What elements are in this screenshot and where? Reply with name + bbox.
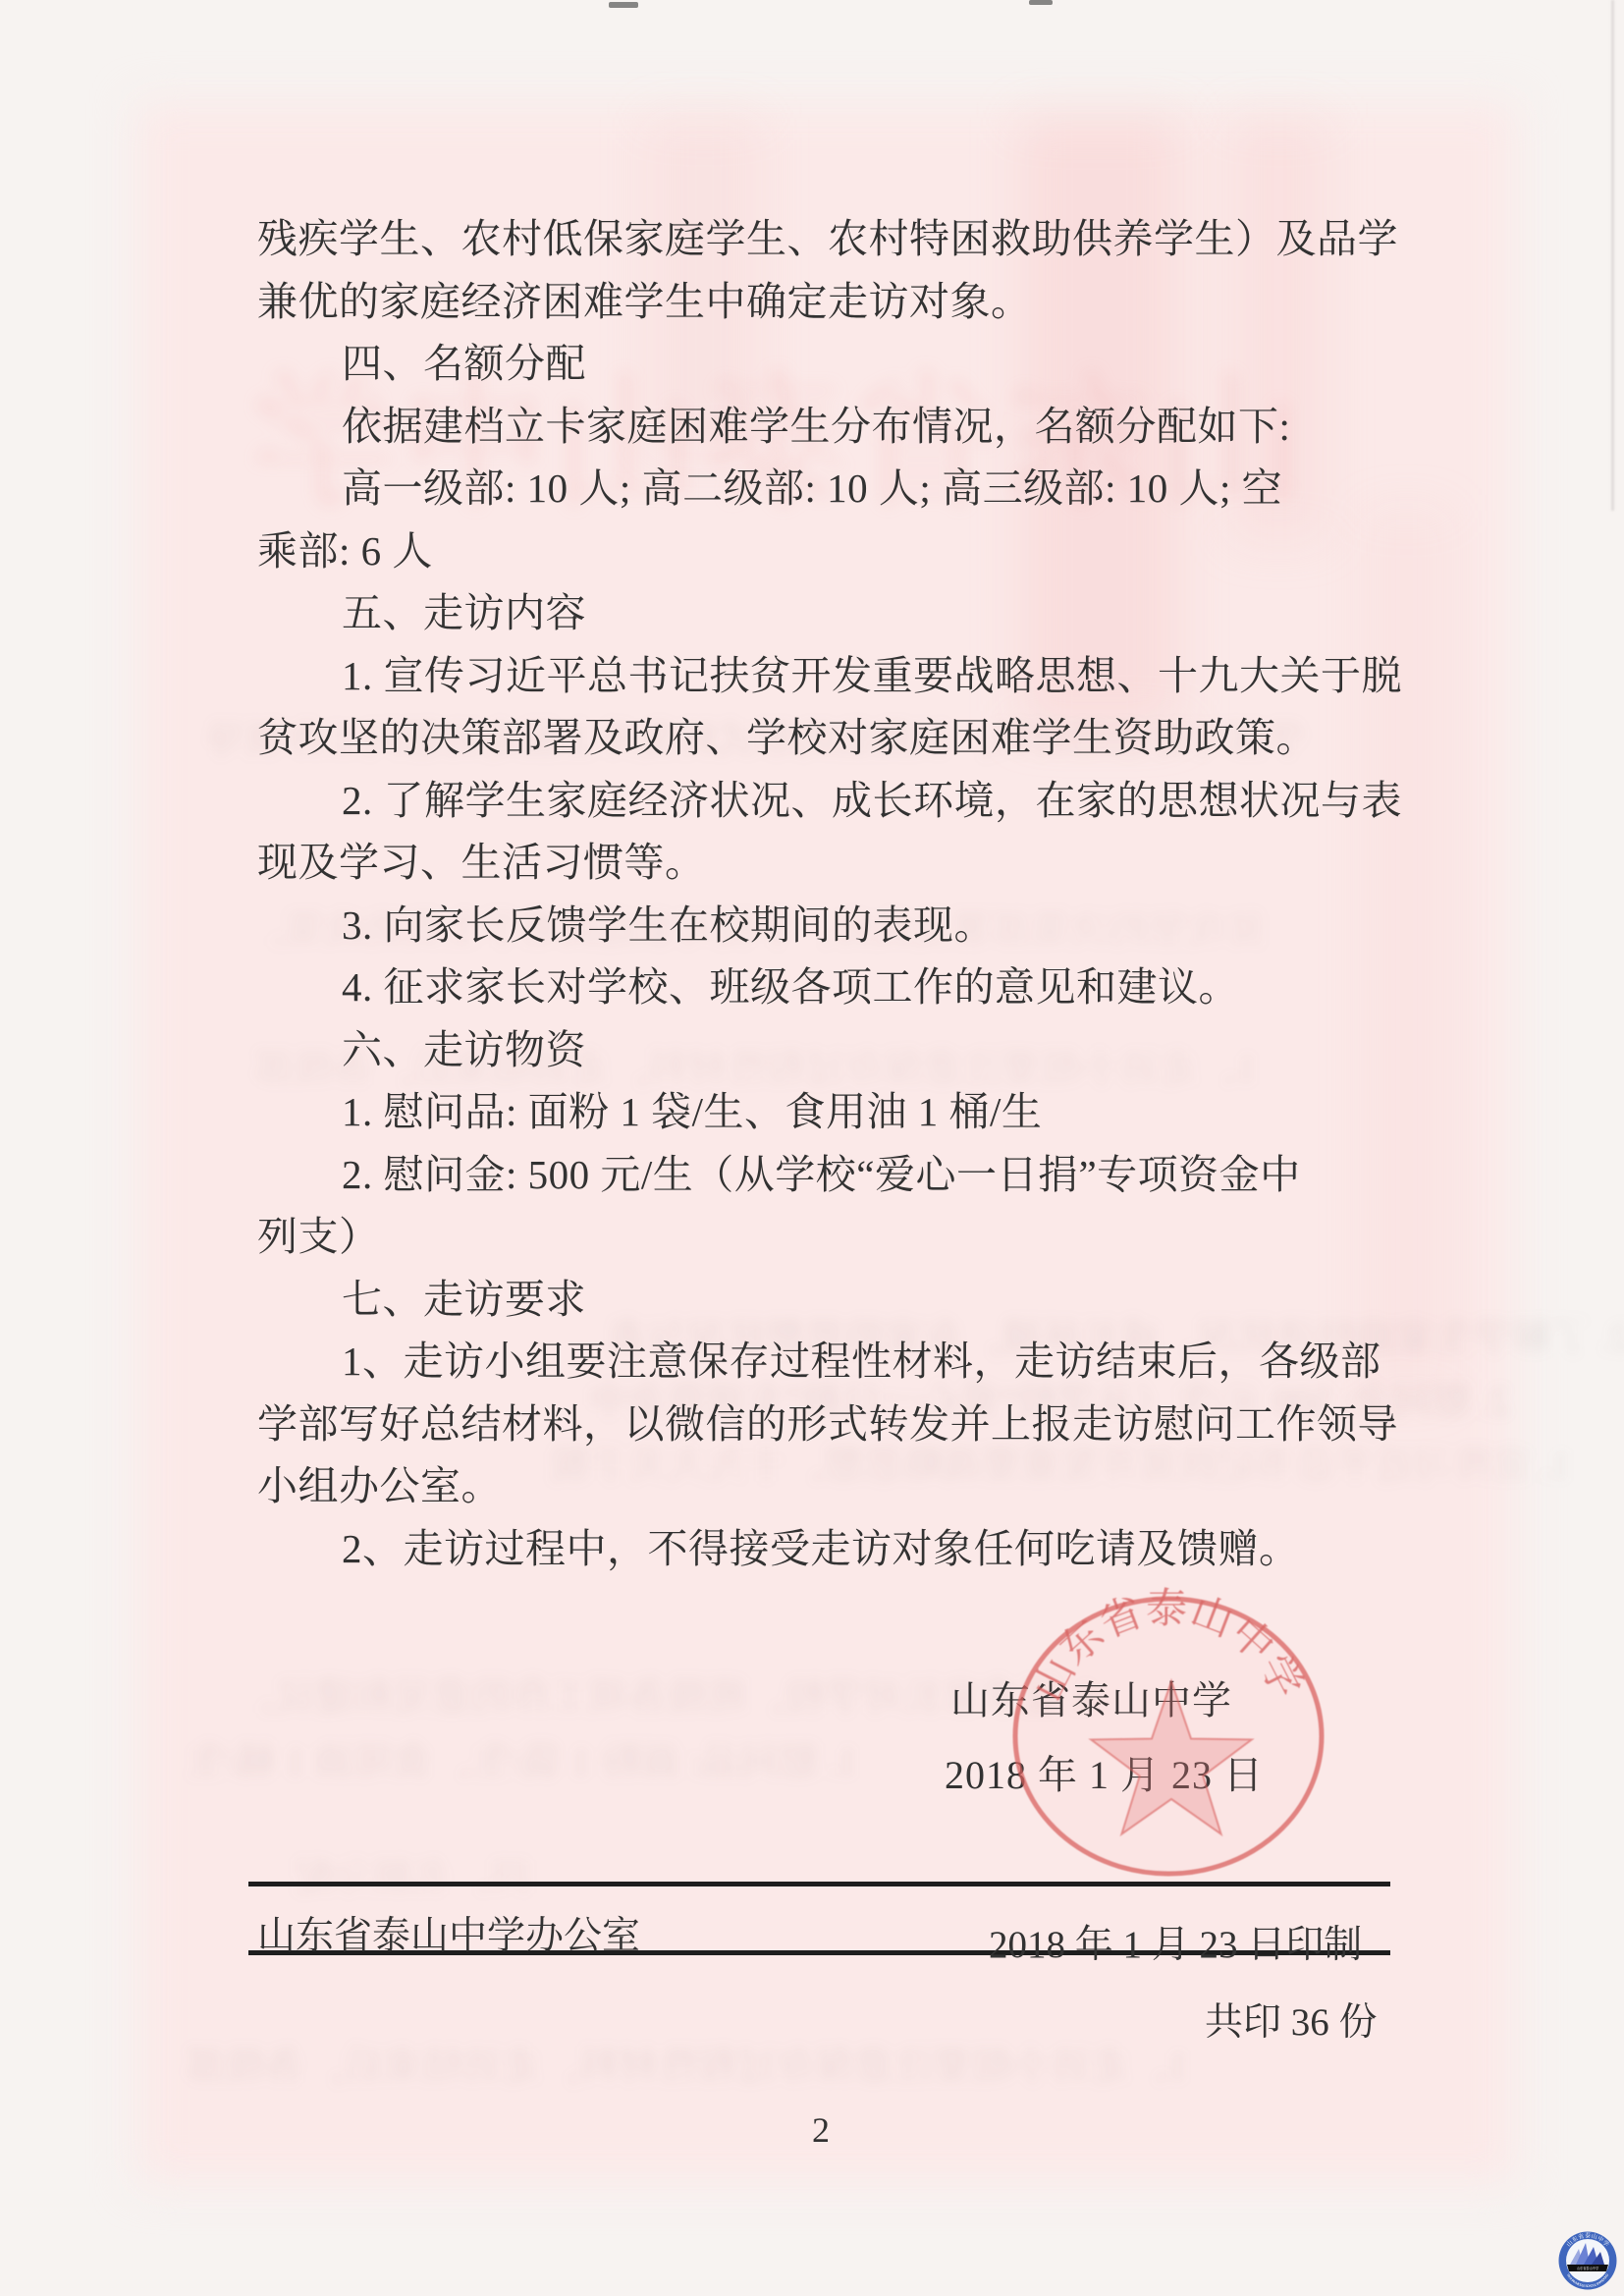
body-line: 2. 了解学生家庭经济状况、成长环境，在家的思想状况与表 [257,770,1401,833]
official-red-seal: 山东省泰山中学 [982,1563,1355,1917]
body-line-section-heading: 四、名额分配 [257,333,1401,396]
body-line: 学部写好总结材料，以微信的形式转发并上报走访慰问工作领导 [257,1394,1401,1456]
body-line: 兼优的家庭经济困难学生中确定走访对象。 [257,271,1401,334]
logo-base-text: 山东省泰山中学 [1577,2266,1599,2270]
body-line: 列支） [257,1206,1401,1269]
body-line-section-heading: 七、走访要求 [257,1269,1401,1332]
footer-rule-top [248,1882,1390,1886]
body-line: 4. 征求家长对学校、班级各项工作的意见和建议。 [257,957,1401,1019]
scanned-document-page: 山东省泰山中学 学部写好总结材料，以微信的形式转发并上报走访慰问工作领导 贫攻坚… [0,0,1624,2296]
scan-speck [609,2,638,8]
body-line: 1. 宣传习近平总书记扶贫开发重要战略思想、十九大关于脱 [257,645,1401,708]
body-line: 高一级部: 10 人; 高二级部: 10 人; 高三级部: 10 人; 空 [257,458,1401,520]
body-line: 小组办公室。 [257,1455,1401,1518]
body-line: 1. 慰问品: 面粉 1 袋/生、食用油 1 桶/生 [257,1081,1401,1144]
body-line: 3. 向家长反馈学生在校期间的表现。 [257,895,1401,957]
scan-speck [1029,0,1053,5]
body-line-section-heading: 六、走访物资 [257,1019,1401,1082]
scan-edge-artifact [1611,0,1614,511]
body-line: 1、走访小组要注意保存过程性材料，走访结束后，各级部 [257,1331,1401,1394]
document-body: 残疾学生、农村低保家庭学生、农村特困救助供养学生）及品学 兼优的家庭经济困难学生… [257,208,1401,1580]
footer-issuing-office: 山东省泰山中学办公室 [257,1905,640,1960]
footer-copies-count: 共印 36 份 [1205,1992,1378,2047]
body-line: 残疾学生、农村低保家庭学生、农村特困救助供养学生）及品学 [257,208,1401,271]
page-number: 2 [791,2109,850,2151]
body-line-section-heading: 五、走访内容 [257,582,1401,645]
body-line: 贫攻坚的决策部署及政府、学校对家庭困难学生资助政策。 [257,707,1401,770]
body-line: 2. 慰问金: 500 元/生（从学校“爱心一日捐”专项资金中 [257,1144,1401,1207]
school-logo-badge: 山东省泰山中学 山东省泰山中学 TAI SHAN MIDDLE SCHOOL S… [1552,2225,1623,2296]
body-line: 依据建档立卡家庭困难学生分布情况，名额分配如下: [257,396,1401,459]
body-line: 现及学习、生活习惯等。 [257,832,1401,895]
body-line: 乘部: 6 人 [257,520,1401,583]
footer-print-date: 2018 年 1 月 23 日印制 [989,1914,1362,1969]
